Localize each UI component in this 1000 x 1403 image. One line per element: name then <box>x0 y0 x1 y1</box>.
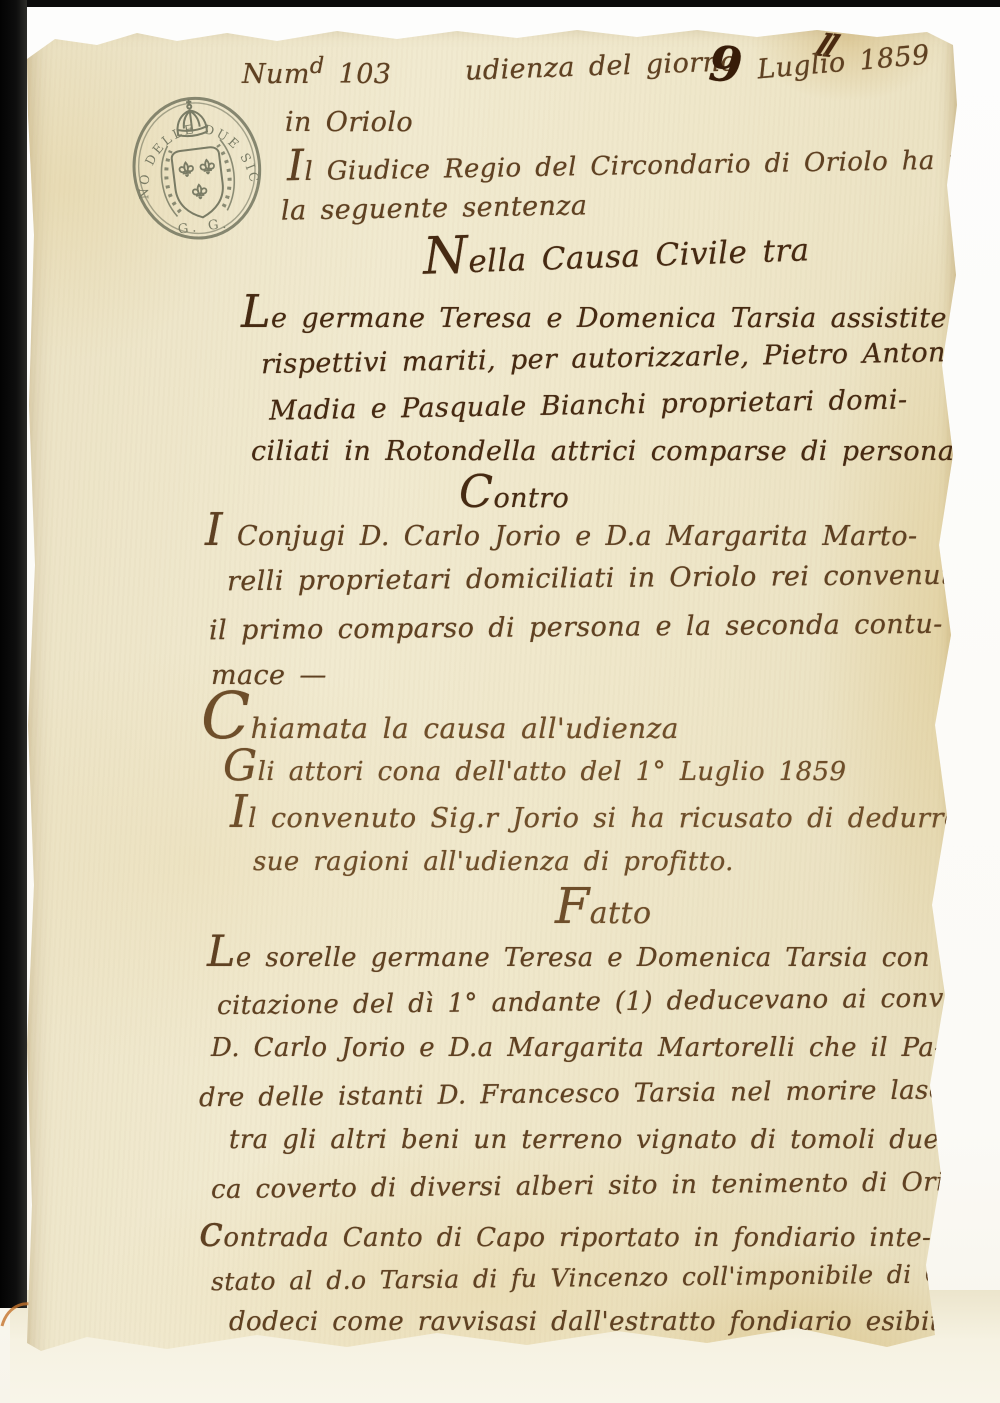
fact-line-9: dodeci come ravvisasi dall'estratto fond… <box>229 1307 957 1337</box>
sentence-intro-line: la seguente sentenza <box>281 190 588 226</box>
fact-line-3: D. Carlo Jorio e D.a Margarita Martorell… <box>211 1033 943 1063</box>
hearing-day: 9 <box>707 36 744 94</box>
case-number-prefix: Num <box>242 59 310 90</box>
defendant-line-2: relli proprietari domiciliati in Oriolo … <box>227 560 961 597</box>
place-line: in Oriolo <box>285 107 413 138</box>
royal-seal-stamp: REGNO DELLE DUE SICILIE <box>122 84 272 256</box>
paper-sheet: REGNO DELLE DUE SICILIE <box>27 25 960 1375</box>
stamp-initials: G. G. <box>177 216 231 237</box>
case-title: Nella Causa Civile tra <box>422 226 810 281</box>
fact-line-2: citazione del dì 1° andante (1) deduceva… <box>217 983 1000 1021</box>
plaintiff-line-2: rispettivi mariti, per autorizzarle, Pie… <box>261 337 972 380</box>
fact-line-1: Le sorelle germane Teresa e Domenica Tar… <box>207 937 1000 973</box>
fact-line-6: ca coverto di diversi alberi sito in ten… <box>211 1167 986 1205</box>
scanner-edge-left <box>0 0 27 1308</box>
called-to-hearing-line: Chiamata la causa all'udienza <box>201 699 679 745</box>
plaintiff-line-1: Le germane Teresa e Domenica Tarsia assi… <box>241 297 1000 334</box>
hearing-label: udienza del giorno <box>465 46 738 86</box>
plaintiff-act-line: Gli attori cona dell'atto del 1° Luglio … <box>223 751 846 787</box>
fact-line-4: dre delle istanti D. Francesco Tarsia ne… <box>199 1075 1000 1113</box>
defendant-line-3: il primo comparso di persona e la second… <box>209 609 943 646</box>
fact-line-7: contrada Canto di Capo riportato in fond… <box>199 1217 931 1253</box>
judge-line: Il Giudice Regio del Circondario di Orio… <box>287 139 1000 188</box>
defendant-refusal-line: Il convenuto Sig.r Jorio si ha ricusato … <box>230 797 1000 834</box>
case-number-value: 103 <box>339 59 392 90</box>
defendant-line-1: I Conjugi D. Carlo Jorio e D.a Margarita… <box>205 515 917 552</box>
fact-line-8: stato al d.o Tarsia di fu Vincenzo coll'… <box>211 1259 1000 1296</box>
fatto-heading: Fatto <box>555 889 651 931</box>
contro-heading: Contro <box>459 477 569 514</box>
scan-background: REGNO DELLE DUE SICILIE <box>0 0 1000 1403</box>
plaintiff-line-3: Madia e Pasquale Bianchi proprietari dom… <box>269 384 908 426</box>
palm-branch-icon <box>158 138 238 218</box>
plaintiff-line-4: ciliati in Rotondella attrici comparse d… <box>251 436 954 467</box>
case-number-superscript: d <box>310 53 325 79</box>
scanner-edge-top <box>0 0 1000 7</box>
hearing-month-year: Luglio 1859 <box>756 40 931 86</box>
case-number: Numd 103 <box>242 53 391 90</box>
fact-line-5: tra gli altri beni un terreno vignato di… <box>229 1125 999 1155</box>
refusal-continuation-line: sue ragioni all'udienza di profitto. <box>253 847 734 877</box>
